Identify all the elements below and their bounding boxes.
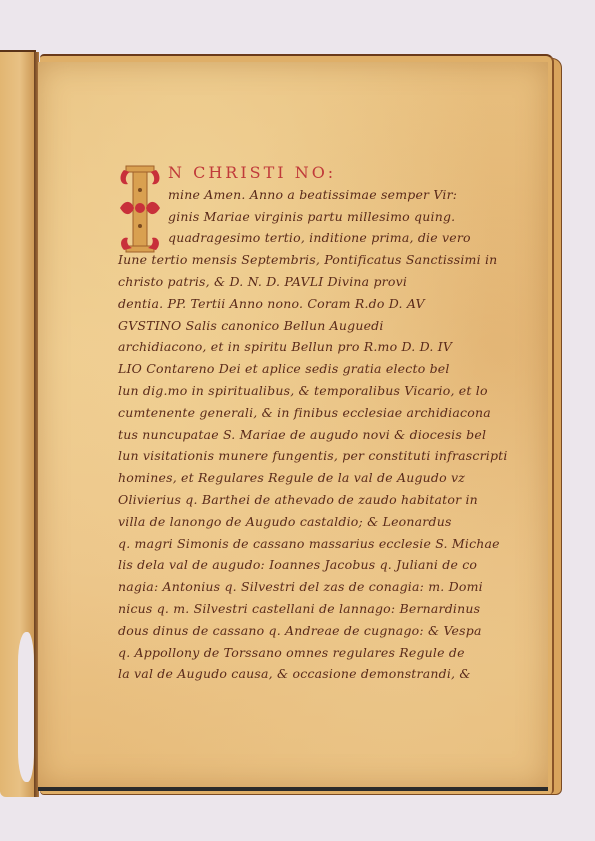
heading-text: N CHRISTI NO: bbox=[168, 163, 336, 182]
text-line: nagia: Antonius q. Silvestri del zas de … bbox=[118, 576, 533, 598]
text-line: tus nuncupatae S. Mariae de augudo novi … bbox=[118, 424, 533, 446]
text-line: la val de Augudo causa, & occasione demo… bbox=[118, 663, 533, 685]
text-line: dentia. PP. Tertii Anno nono. Coram R.do… bbox=[118, 293, 533, 315]
text-line: LIO Contareno Dei et aplice sedis gratia… bbox=[118, 358, 533, 380]
text-line: GVSTINO Salis canonico Bellun Auguedi bbox=[118, 315, 533, 337]
text-line: nicus q. m. Silvestri castellani de lann… bbox=[118, 598, 533, 620]
text-line: christo patris, & D. N. D. PAVLI Divina … bbox=[118, 271, 533, 293]
heading-line: N CHRISTI NO: bbox=[118, 162, 533, 184]
text-line: ginis Mariae virginis partu millesimo qu… bbox=[118, 206, 533, 228]
text-line: dous dinus de cassano q. Andreae de cugn… bbox=[118, 620, 533, 642]
text-line: quadragesimo tertio, inditione prima, di… bbox=[118, 227, 533, 249]
manuscript-scan: N CHRISTI NO: mine Amen. Anno a beatissi… bbox=[0, 0, 595, 841]
text-line: Iune tertio mensis Septembris, Pontifica… bbox=[118, 249, 533, 271]
text-line: lis dela val de augudo: Ioannes Jacobus … bbox=[118, 554, 533, 576]
text-line: lun dig.mo in spiritualibus, & temporali… bbox=[118, 380, 533, 402]
left-facing-page bbox=[0, 50, 36, 797]
text-block: N CHRISTI NO: mine Amen. Anno a beatissi… bbox=[118, 162, 533, 685]
page-damage-notch bbox=[18, 632, 34, 782]
manuscript-folio: N CHRISTI NO: mine Amen. Anno a beatissi… bbox=[38, 62, 548, 791]
text-line: mine Amen. Anno a beatissimae semper Vir… bbox=[118, 184, 533, 206]
text-line: Olivierius q. Barthei de athevado de zau… bbox=[118, 489, 533, 511]
illuminated-initial-icon bbox=[118, 162, 162, 254]
text-line: villa de lanongo de Augudo castaldio; & … bbox=[118, 511, 533, 533]
text-line: homines, et Regulares Regule de la val d… bbox=[118, 467, 533, 489]
text-line: archidiacono, et in spiritu Bellun pro R… bbox=[118, 336, 533, 358]
text-line: q. Appollony de Torssano omnes regulares… bbox=[118, 642, 533, 664]
text-line: lun visitationis munere fungentis, per c… bbox=[118, 445, 533, 467]
text-line: cumtenente generali, & in finibus eccles… bbox=[118, 402, 533, 424]
text-line: q. magri Simonis de cassano massarius ec… bbox=[118, 533, 533, 555]
